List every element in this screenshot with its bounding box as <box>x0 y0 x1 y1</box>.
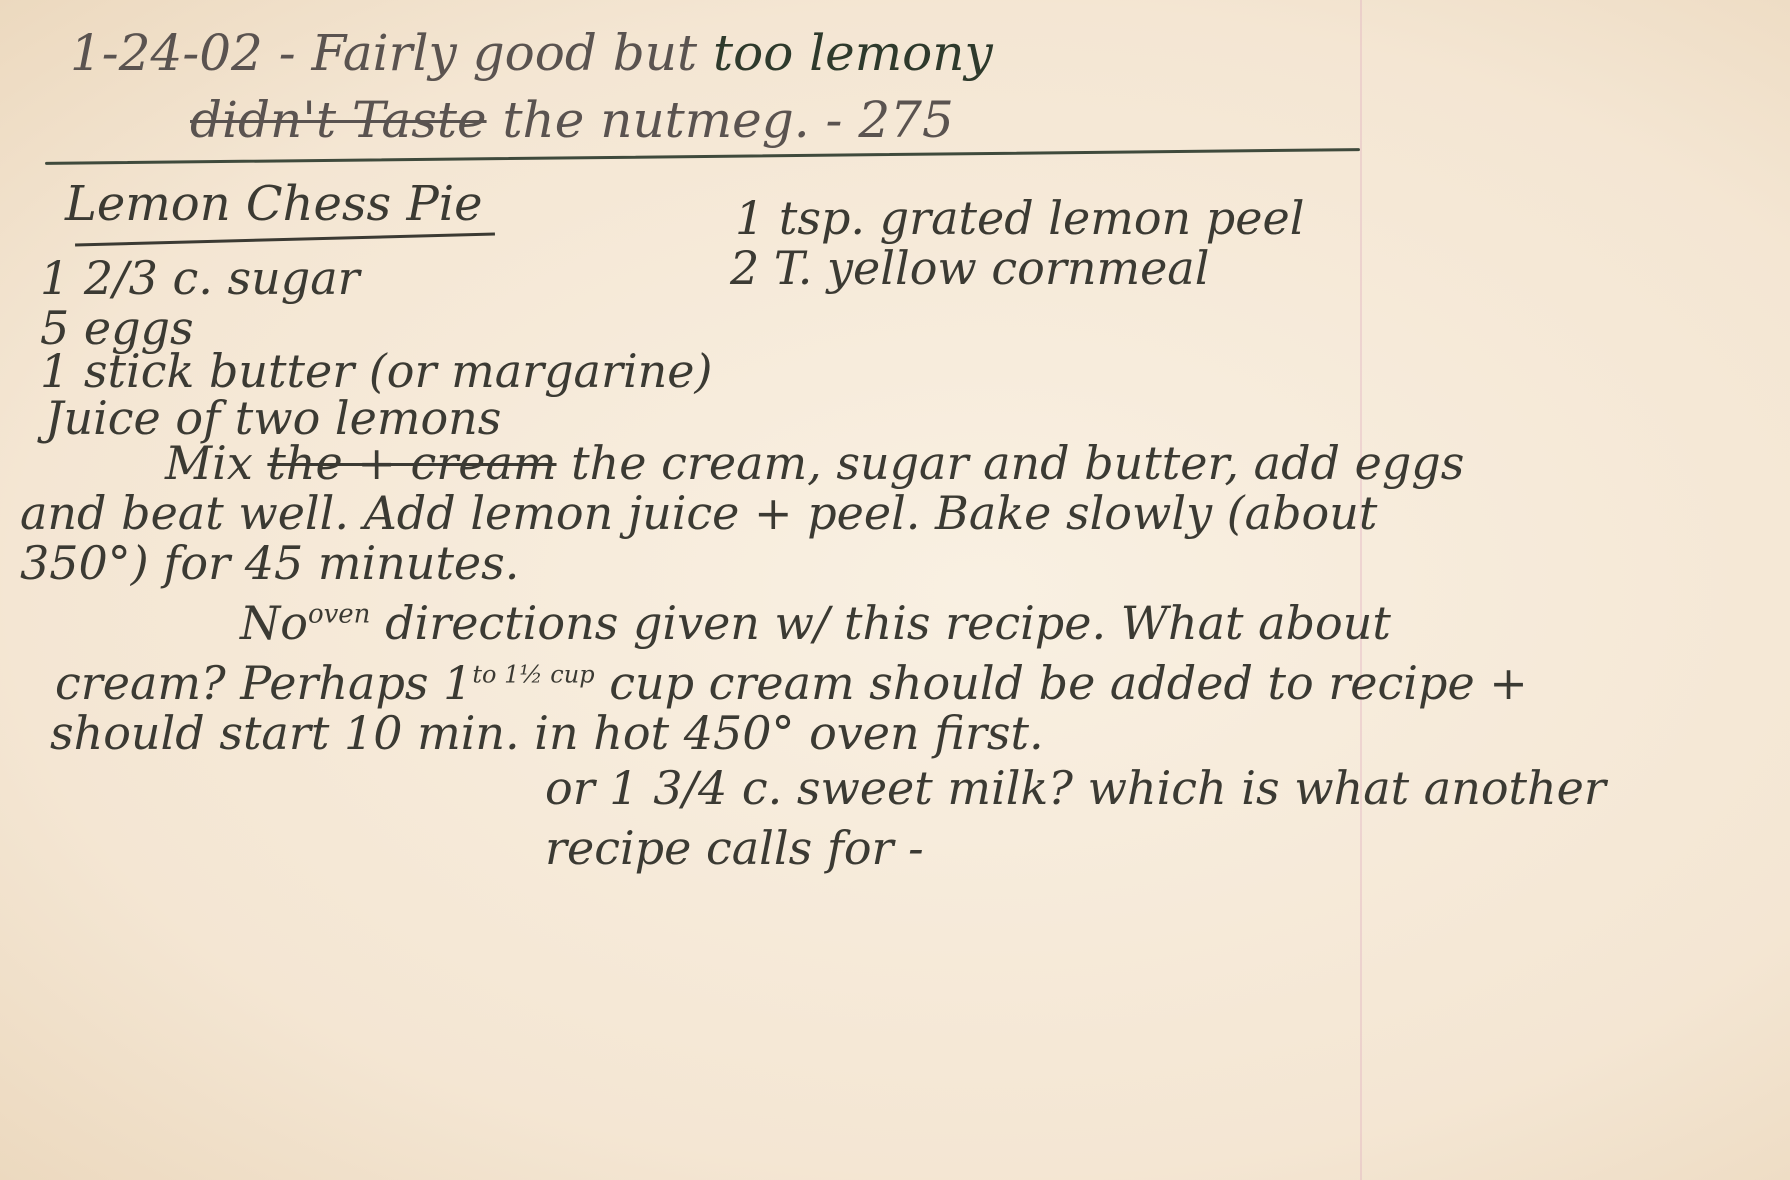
recipe-card: 1-24-02 - Fairly good but too lemony did… <box>0 0 1790 1180</box>
comment-sup-oven: oven <box>308 600 370 630</box>
note-text-2: the nutmeg. - 275 <box>502 91 953 149</box>
divider-rule <box>45 148 1360 165</box>
comments-line-4: or 1 3/4 c. sweet milk? which is what an… <box>545 765 1606 811</box>
note-struck-text: didn't Taste <box>190 91 487 149</box>
comment-text-2a: cream? Perhaps 1 <box>55 656 472 710</box>
directions-mix: Mix <box>165 436 253 490</box>
comment-no: No <box>240 596 308 650</box>
note-line-1: 1-24-02 - Fairly good but too lemony <box>70 28 993 78</box>
comment-text-1: directions given w/ this recipe. What ab… <box>385 596 1391 650</box>
comments-line-3: should start 10 min. in hot 450° oven fi… <box>50 710 1044 756</box>
comments-line-1: Nooven directions given w/ this recipe. … <box>240 600 1391 646</box>
ingredient-lemon-juice: Juice of two lemons <box>45 395 501 441</box>
directions-line-2: and beat well. Add lemon juice + peel. B… <box>20 490 1377 536</box>
directions-line-1: Mix the + cream the cream, sugar and but… <box>165 440 1464 486</box>
comments-line-5: recipe calls for - <box>545 825 924 871</box>
note-date: 1-24-02 - <box>70 24 296 82</box>
directions-struck: the + cream <box>267 436 556 490</box>
margin-line <box>1360 0 1362 1180</box>
note-line-2: didn't Taste the nutmeg. - 275 <box>190 95 954 145</box>
comment-text-2b: cup cream should be added to recipe + <box>609 656 1528 710</box>
comments-line-2: cream? Perhaps 1to 1½ cup cup cream shou… <box>55 660 1528 706</box>
ingredient-butter: 1 stick butter (or margarine) <box>40 348 712 394</box>
directions-rest: the cream, sugar and butter, add eggs <box>571 436 1464 490</box>
recipe-title: Lemon Chess Pie <box>65 180 483 228</box>
title-underline <box>75 233 495 247</box>
comment-sup-cup: to 1½ cup <box>472 661 594 689</box>
ingredient-lemon-peel: 1 tsp. grated lemon peel <box>735 195 1304 241</box>
ingredient-cornmeal: 2 T. yellow cornmeal <box>730 245 1209 291</box>
note-emphasis: too lemony <box>713 24 993 82</box>
directions-line-3: 350°) for 45 minutes. <box>20 540 519 586</box>
note-text: Fairly good but <box>312 24 698 82</box>
ingredient-sugar: 1 2/3 c. sugar <box>40 255 360 301</box>
